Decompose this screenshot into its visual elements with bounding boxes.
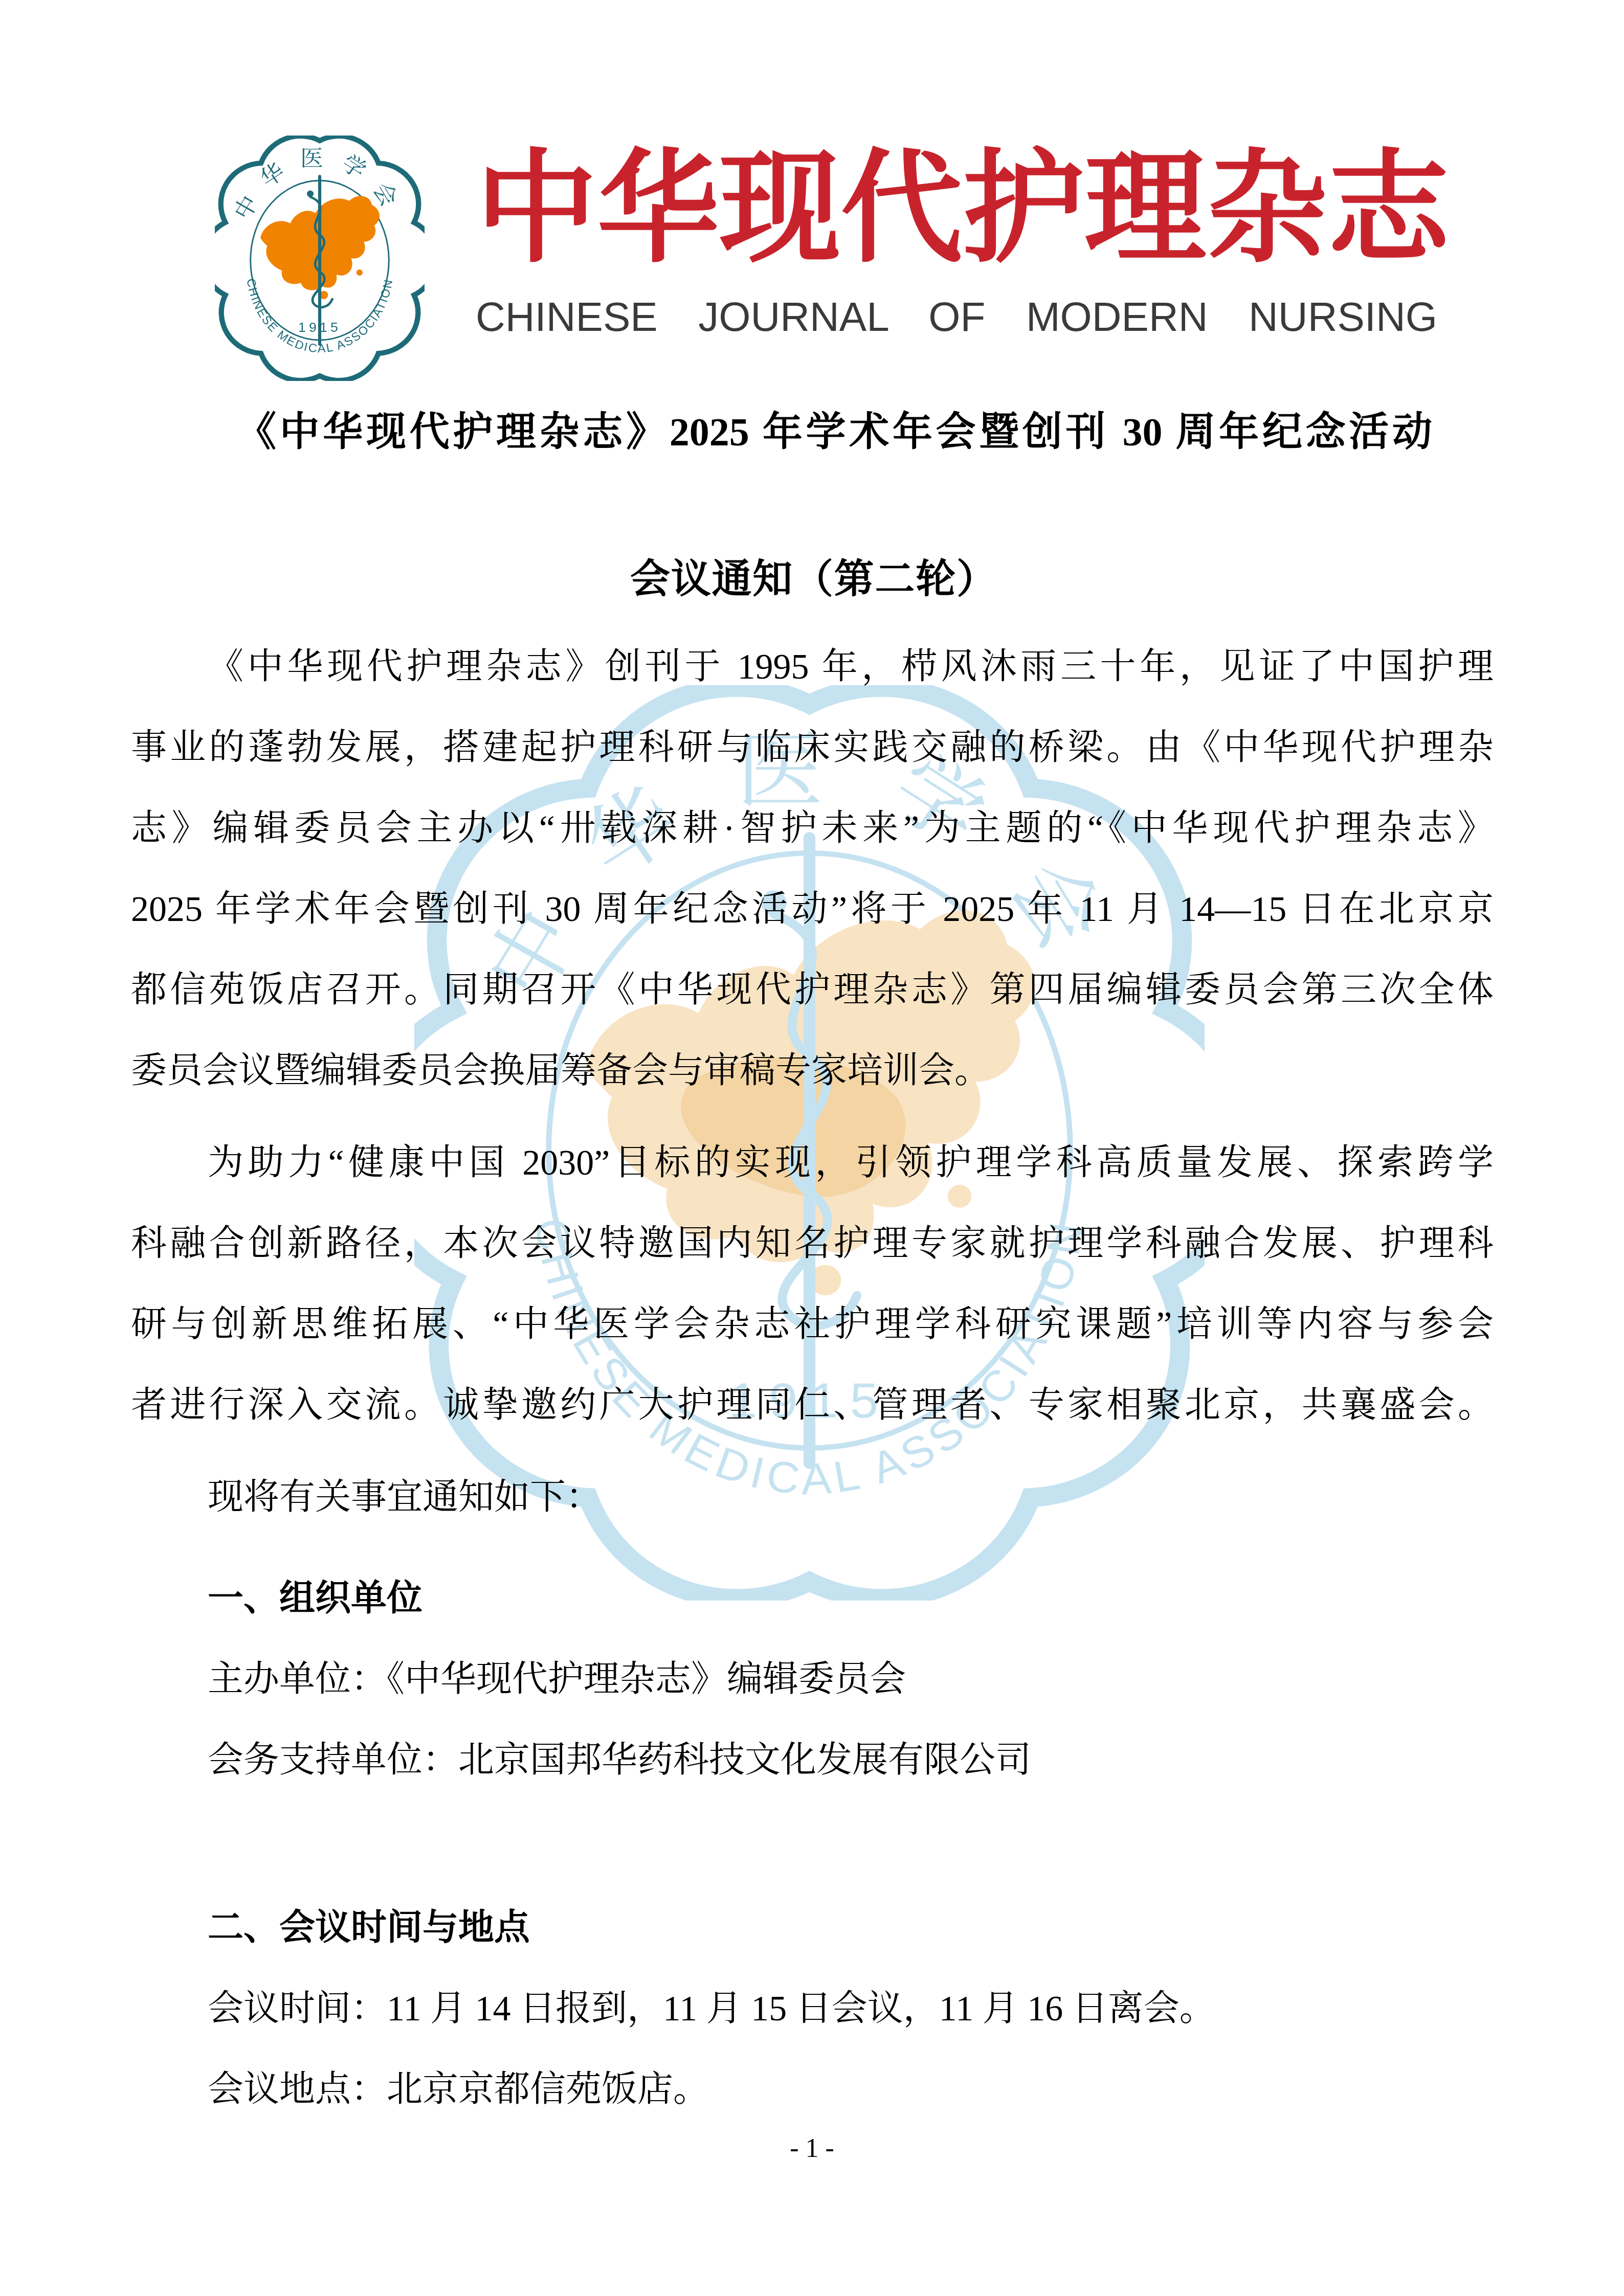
section1-host-line: 主办单位：《中华现代护理杂志》编辑委员会 bbox=[131, 1639, 1494, 1720]
logo-snake-head-icon bbox=[307, 191, 314, 197]
notice-title-line2: 会议通知（第二轮） bbox=[630, 551, 996, 607]
notice-title-line1: 《中华现代护理杂志》2025 年学术年会暨创刊 30 周年纪念活动 bbox=[236, 404, 1432, 460]
para1-line5: 都信苑饭店召开。同期召开《中华现代护理杂志》第四届编辑委员会第三次全体 bbox=[131, 950, 1494, 1031]
section-gap bbox=[131, 1801, 1494, 1888]
section1-support-line: 会务支持单位：北京国邦华药科技文化发展有限公司 bbox=[131, 1720, 1494, 1801]
para3-line1: 现将有关事宜通知如下： bbox=[131, 1457, 1494, 1538]
paragraph-gap bbox=[131, 1112, 1494, 1123]
notice-body: 《中华现代护理杂志》创刊于 1995 年，栉风沐雨三十年，见证了中国护理 事业的… bbox=[131, 627, 1494, 2130]
logo-taiwan-icon bbox=[357, 269, 363, 276]
journal-name-english: CHINESE JOURNAL OF MODERN NURSING bbox=[476, 292, 1437, 341]
page-number: - 1 - bbox=[0, 2133, 1624, 2164]
section2-time-line: 会议时间：11 月 14 日报到，11 月 15 日会议，11 月 16 日离会… bbox=[131, 1969, 1494, 2050]
section2-place-line: 会议地点：北京京都信苑饭店。 bbox=[131, 2050, 1494, 2130]
paragraph-gap bbox=[131, 1446, 1494, 1457]
para1-line6: 委员会议暨编辑委员会换届筹备会与审稿专家培训会。 bbox=[131, 1031, 1494, 1112]
para1-line2: 事业的蓬勃发展，搭建起护理科研与临床实践交融的桥梁。由《中华现代护理杂 bbox=[131, 708, 1494, 789]
para1-line1: 《中华现代护理杂志》创刊于 1995 年，栉风沐雨三十年，见证了中国护理 bbox=[131, 627, 1494, 708]
para2-line4: 者进行深入交流。诚挚邀约广大护理同仁、管理者、专家相聚北京，共襄盛会。 bbox=[131, 1365, 1494, 1446]
document-page: 中华医学会 1915 CHINESE MEDICAL ASSOCIATION 中… bbox=[0, 0, 1624, 2296]
para1-line4: 2025 年学术年会暨创刊 30 周年纪念活动”将于 2025 年 11 月 1… bbox=[131, 869, 1494, 950]
cma-logo: 中华医学会 1915 CHINESE MEDICAL ASSOCIATION bbox=[215, 136, 425, 381]
para2-line2: 科融合创新路径，本次会议特邀国内知名护理专家就护理学科融合发展、护理科 bbox=[131, 1204, 1494, 1285]
para1-line3: 志》编辑委员会主办以“卅载深耕·智护未来”为主题的“《中华现代护理杂志》 bbox=[131, 789, 1494, 869]
paragraph-gap bbox=[131, 1538, 1494, 1559]
section1-heading: 一、组织单位 bbox=[131, 1559, 1494, 1639]
journal-name-chinese: 中华现代护理杂志 bbox=[476, 130, 1437, 289]
para2-line3: 研与创新思维拓展、“中华医学会杂志社护理学科研究课题”培训等内容与参会 bbox=[131, 1285, 1494, 1365]
para2-line1: 为助力“健康中国 2030”目标的实现，引领护理学科高质量发展、探索跨学 bbox=[131, 1123, 1494, 1204]
section2-heading: 二、会议时间与地点 bbox=[131, 1888, 1494, 1969]
logo-year-text: 1915 bbox=[298, 320, 341, 335]
